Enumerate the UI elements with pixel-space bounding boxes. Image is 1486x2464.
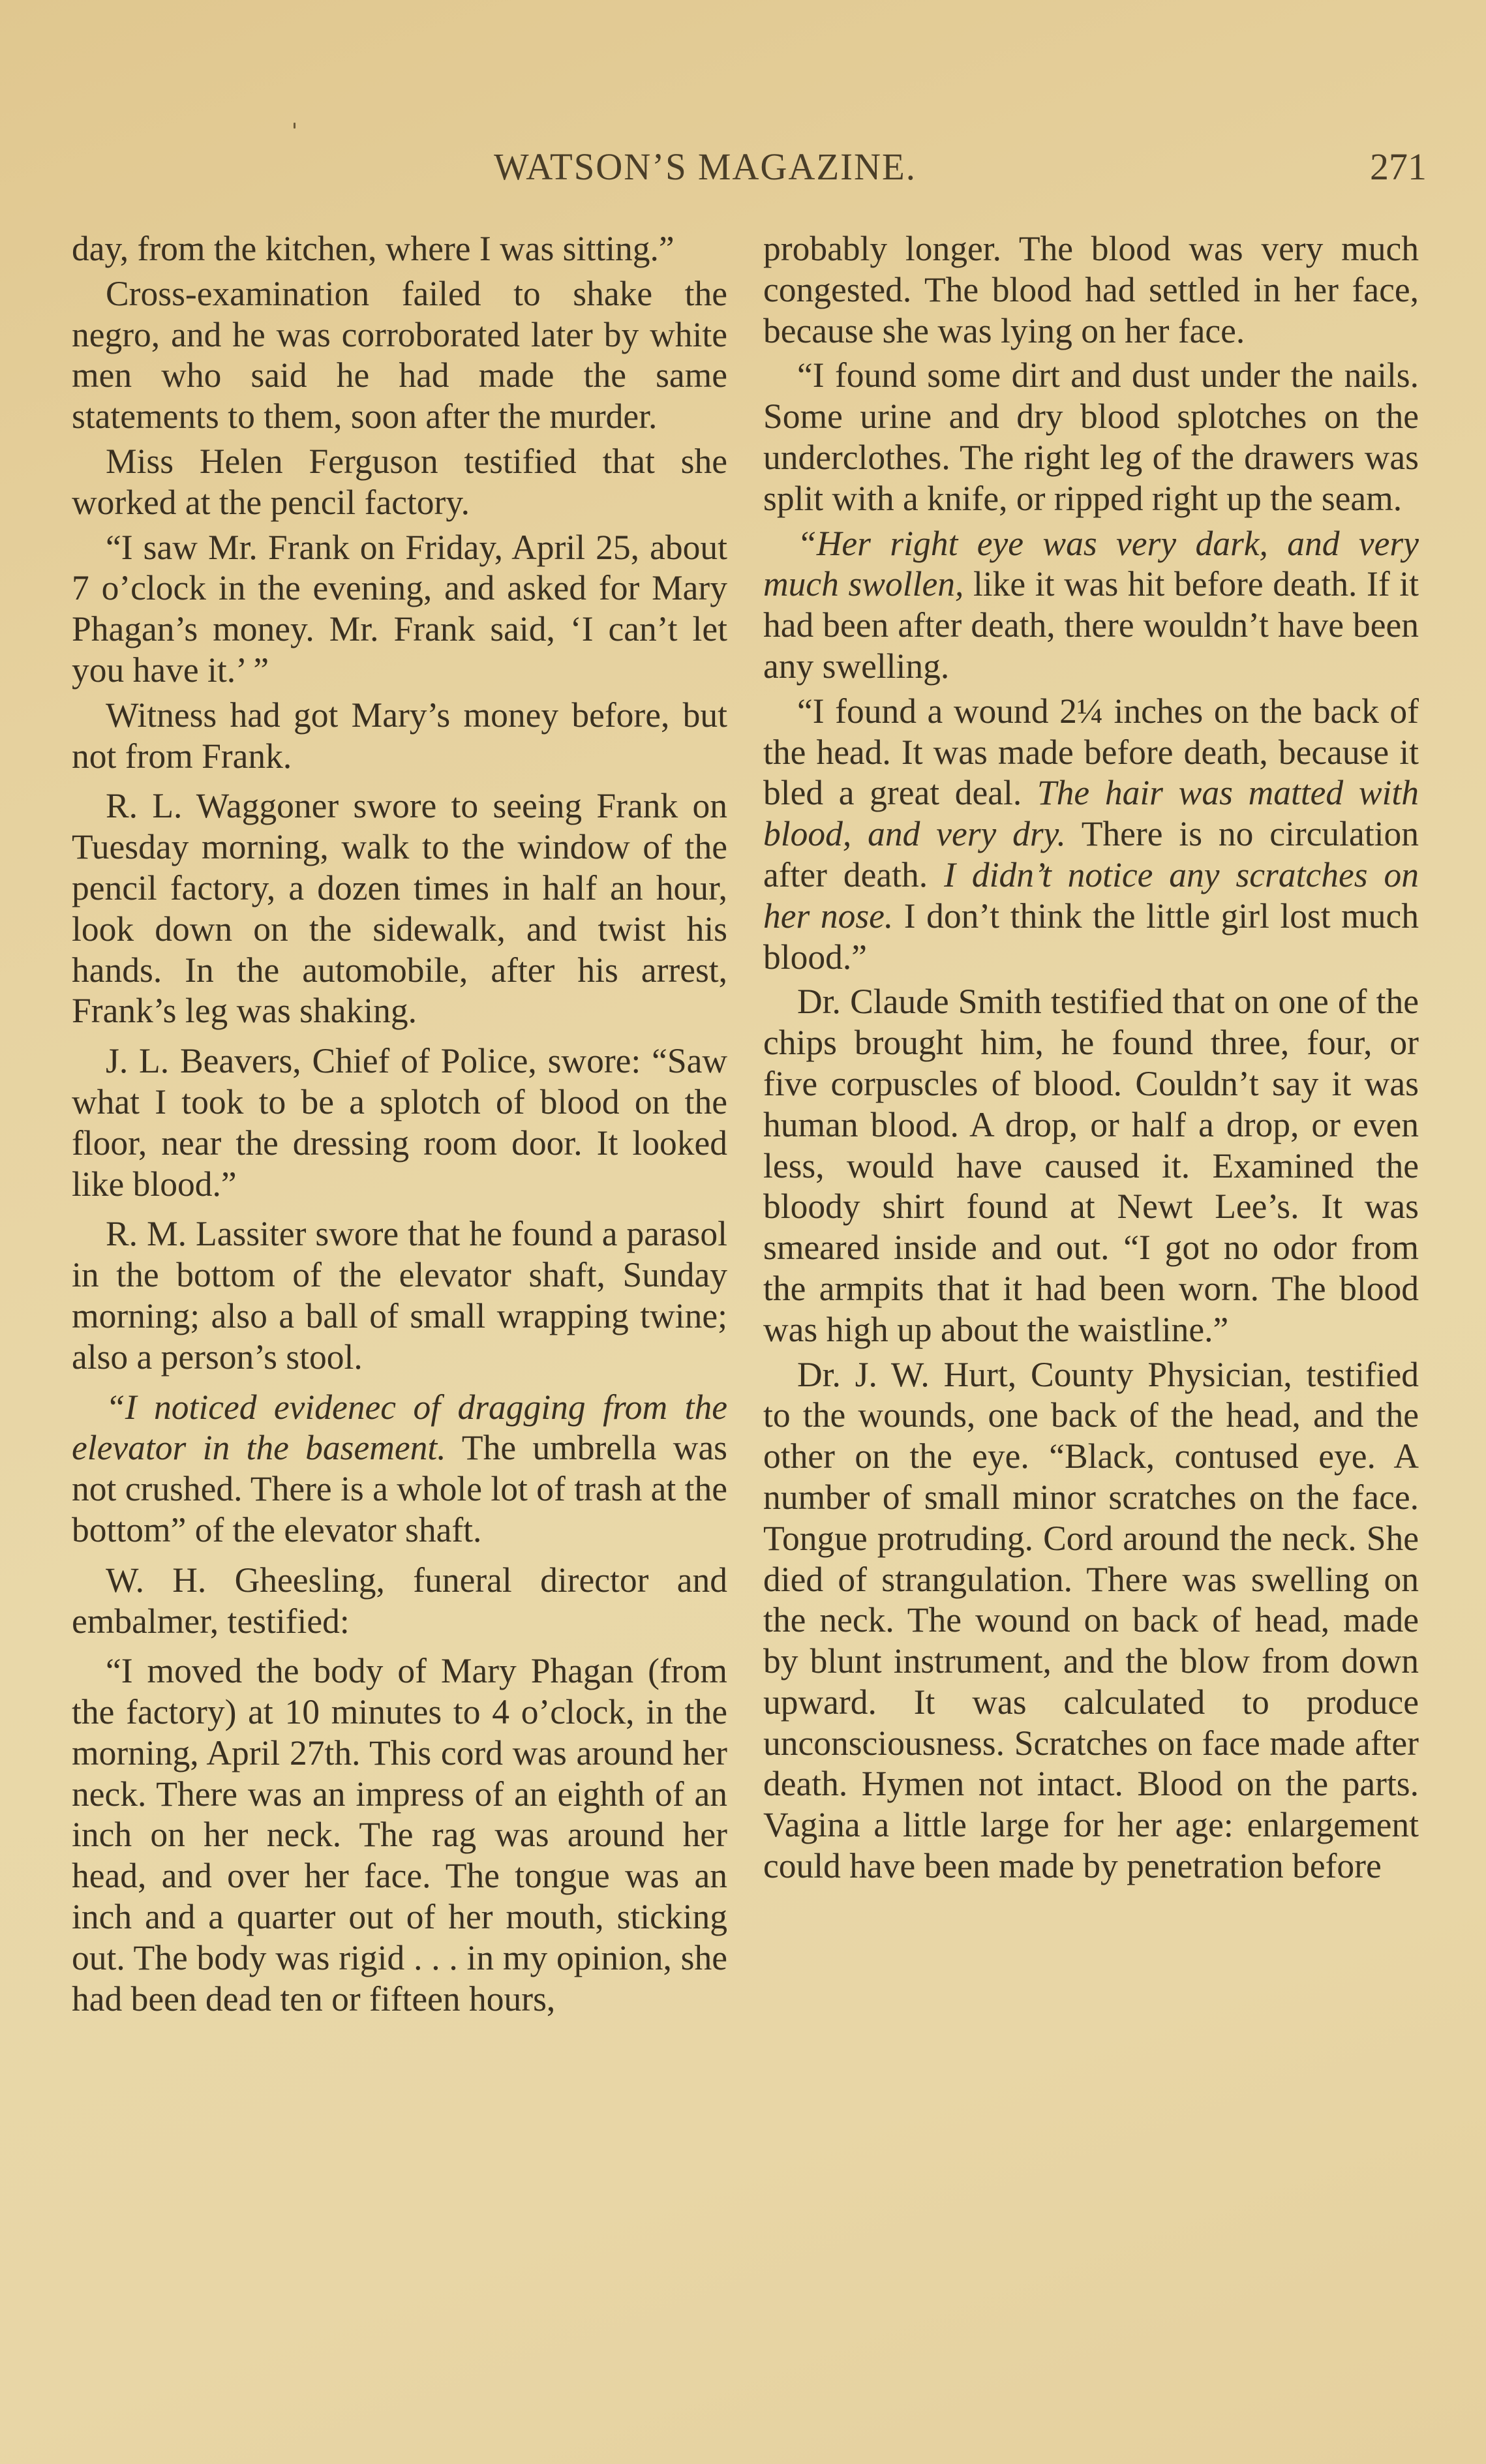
paragraph: Miss Helen Ferguson testified that she w… (72, 441, 727, 523)
paragraph: day, from the kitchen, where I was sitti… (72, 228, 727, 269)
paragraph: Cross-examination failed to shake the ne… (72, 273, 727, 437)
paragraph: “I found some dirt and dust under the na… (763, 355, 1419, 519)
paragraph: “Her right eye was very dark, and very m… (763, 523, 1419, 687)
print-speck (294, 123, 296, 129)
page-number: 271 (1370, 145, 1427, 189)
paragraph: Dr. Claude Smith testified that on one o… (763, 981, 1419, 1350)
paragraph: Dr. J. W. Hurt, County Physician, testif… (763, 1354, 1419, 1887)
paragraph: probably longer. The blood was very much… (763, 228, 1419, 351)
right-column: probably longer. The blood was very much… (763, 228, 1419, 1887)
paragraph: W. H. Gheesling, funeral director and em… (72, 1560, 727, 1642)
paragraph: “I moved the body of Mary Phagan (from t… (72, 1650, 727, 2019)
left-column: day, from the kitchen, where I was sitti… (72, 228, 727, 2019)
paragraph: Witness had got Mary’s money before, but… (72, 695, 727, 777)
paragraph: R. L. Waggoner swore to seeing Frank on … (72, 785, 727, 1031)
paragraph: R. M. Lassiter swore that he found a par… (72, 1213, 727, 1377)
magazine-page: WATSON’S MAGAZINE. 271 day, from the kit… (0, 0, 1486, 2464)
paragraph: “I saw Mr. Frank on Friday, April 25, ab… (72, 527, 727, 691)
paragraph: “I noticed evidenec of dragging from the… (72, 1387, 727, 1551)
paragraph: J. L. Beavers, Chief of Police, swore: “… (72, 1041, 727, 1204)
magazine-title: WATSON’S MAGAZINE. (494, 145, 917, 189)
paragraph: “I found a wound 2¼ inches on the back o… (763, 691, 1419, 978)
running-head: WATSON’S MAGAZINE. 271 (0, 145, 1486, 190)
